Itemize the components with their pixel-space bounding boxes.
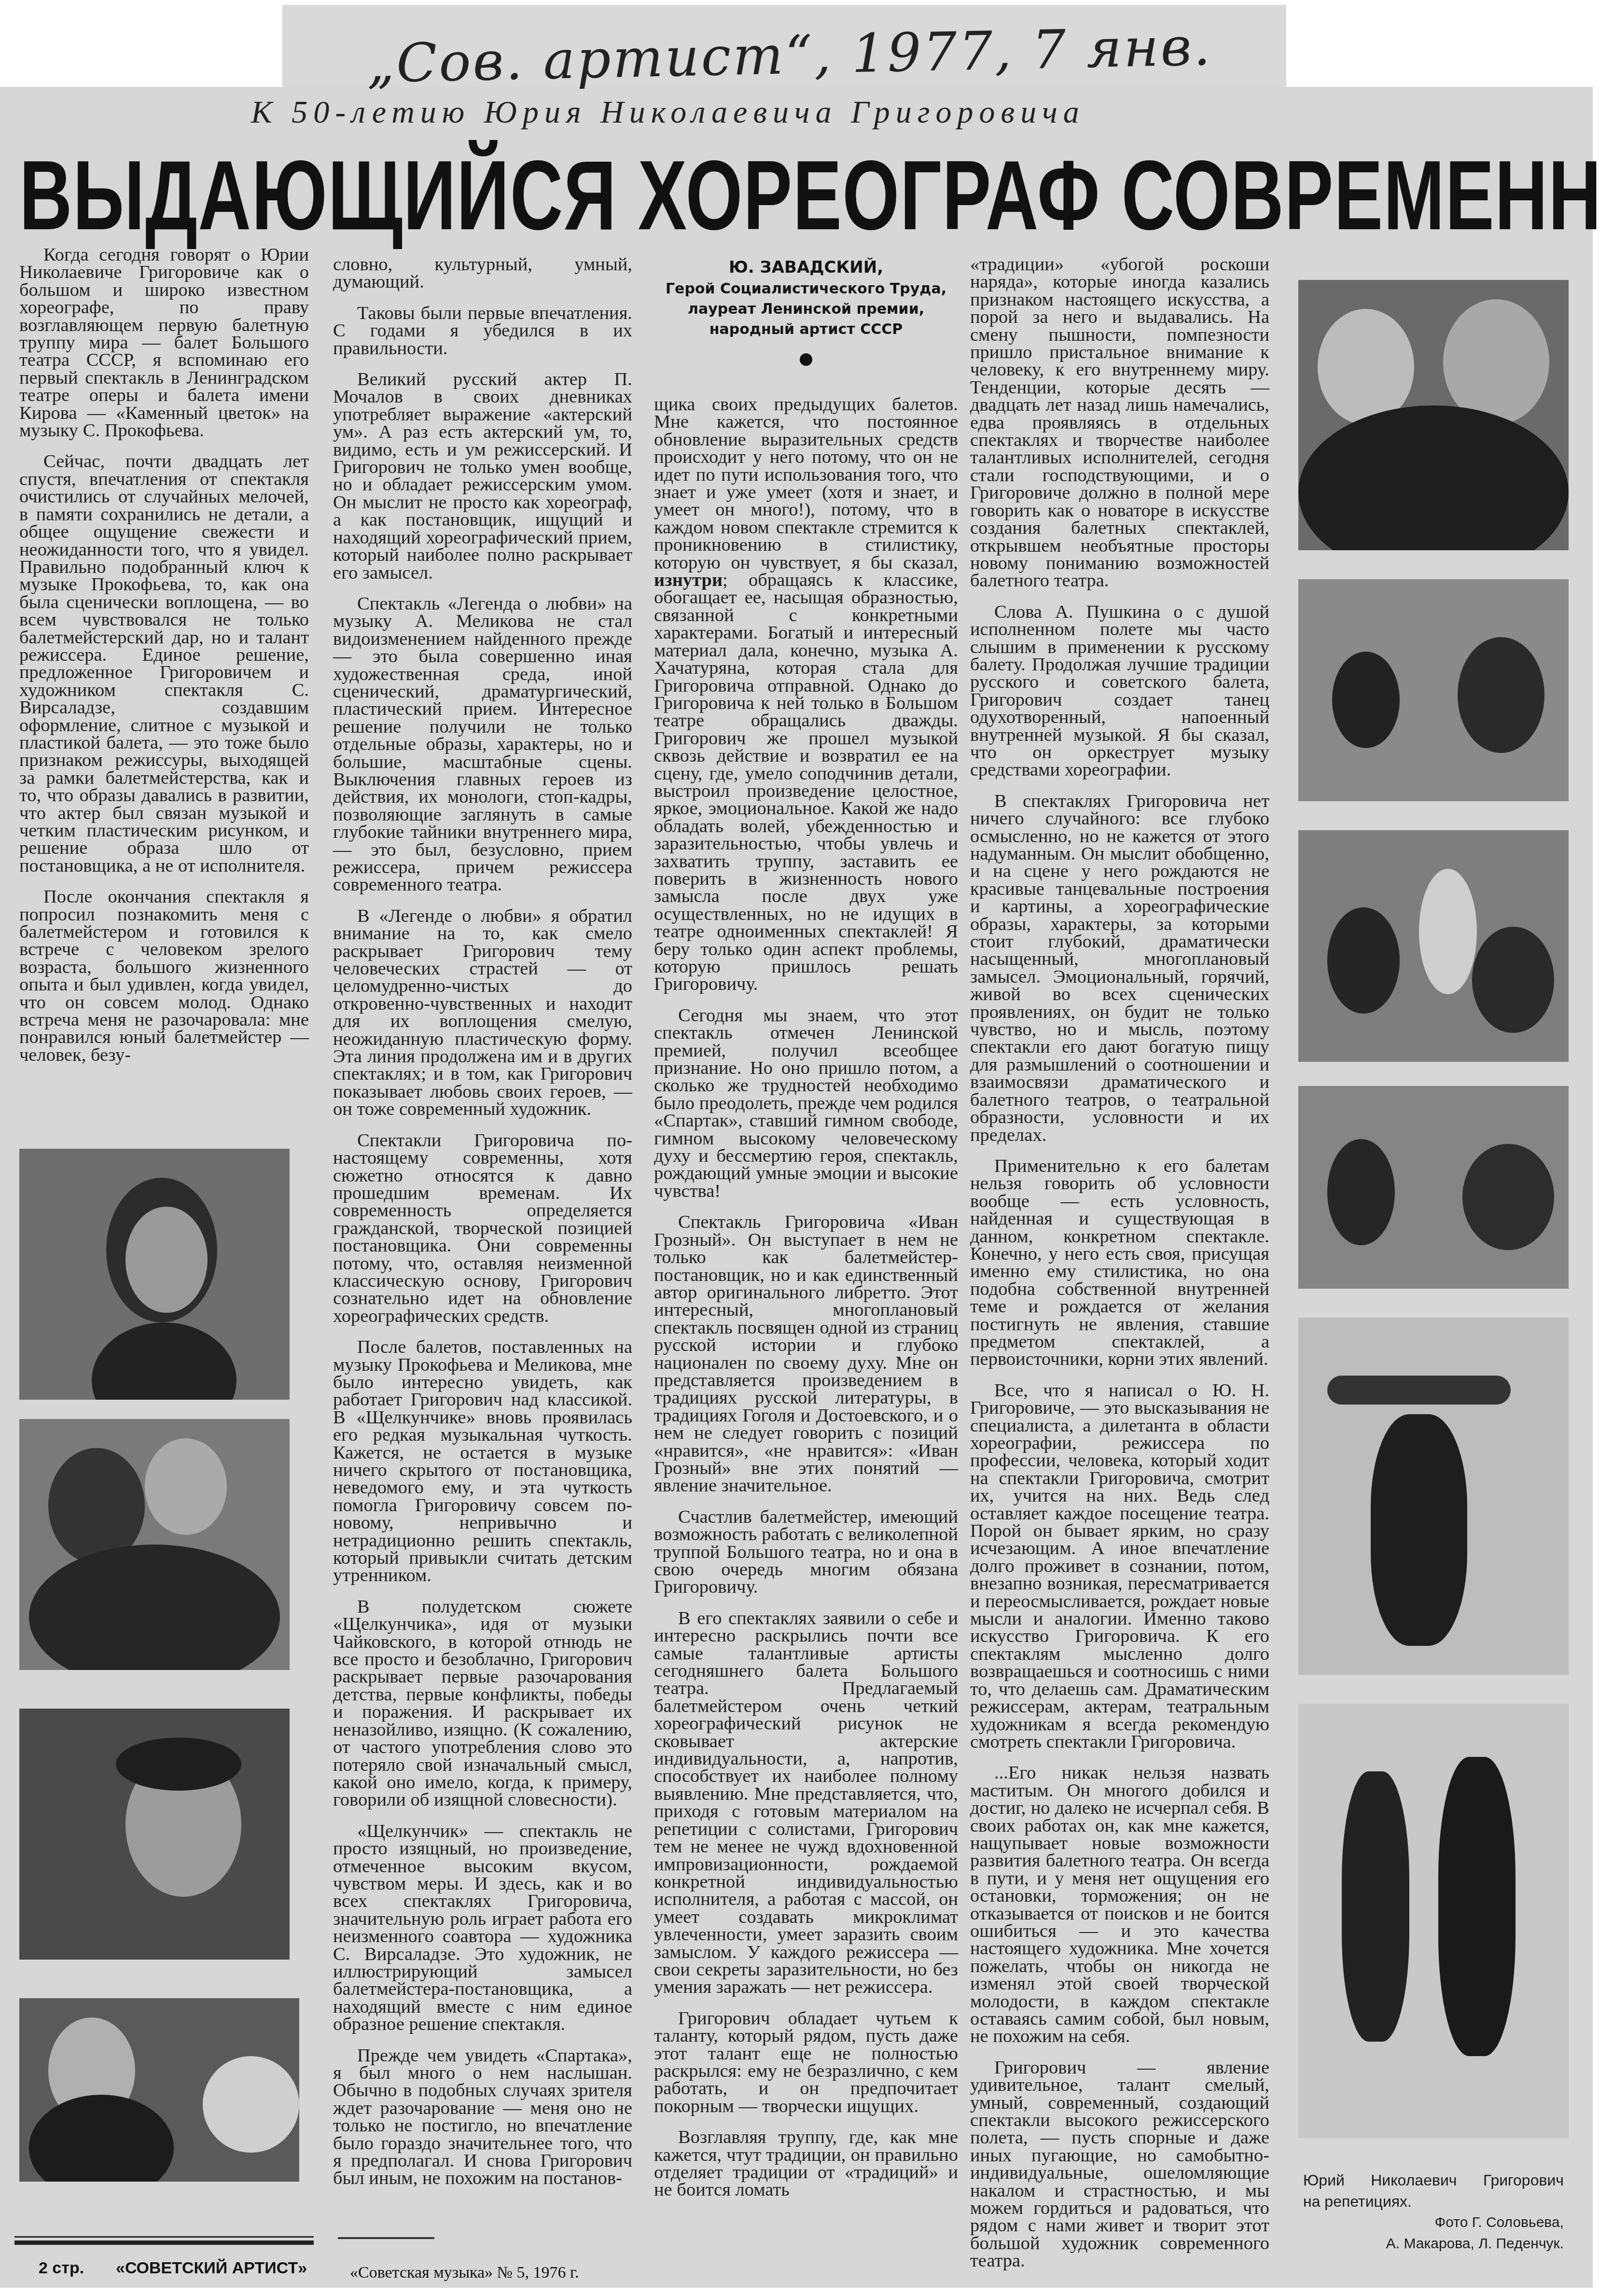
photo-stage-group bbox=[1298, 830, 1569, 1062]
article-paragraph: После окончания спектакля я попросил поз… bbox=[19, 888, 309, 1064]
photo-caption: Юрий Николаевич Григорович на репетициях… bbox=[1303, 2170, 1564, 2254]
photo-dancer-kneeling bbox=[1298, 1318, 1569, 1675]
photo-rehearsal-hall bbox=[1298, 1704, 1569, 2138]
photo-rehearsal-group bbox=[19, 1419, 290, 1670]
article-column-1: Когда сегодня говорят о Юрии Николаевиче… bbox=[19, 246, 309, 1077]
article-paragraph: Великий русский актер П. Мочалов в своих… bbox=[333, 371, 632, 582]
article-column-2: словно, культурный, умный, думающий.Тако… bbox=[333, 256, 632, 2201]
article-paragraph: Возглавляя труппу, где, как мне кажется,… bbox=[654, 2129, 958, 2199]
article-paragraph: словно, культурный, умный, думающий. bbox=[333, 256, 632, 291]
page-number: 2 стр. bbox=[39, 2259, 84, 2278]
newspaper-clipping: „Сов. артист“, 1977, 7 янв. К 50-летию Ю… bbox=[0, 0, 1599, 2296]
caption-line-2: на репетициях. bbox=[1303, 2191, 1564, 2212]
article-paragraph: Спектакль «Легенда о любви» на музыку А.… bbox=[333, 595, 632, 894]
article-paragraph: Григорович обладает чутьем к таланту, ко… bbox=[654, 2010, 958, 2115]
article-paragraph: Сейчас, почти двадцать лет спустя, впеча… bbox=[19, 453, 309, 875]
article-paragraph: Сегодня мы знаем, что этот спектакль отм… bbox=[654, 1007, 958, 1200]
article-paragraph: Когда сегодня говорят о Юрии Николаевиче… bbox=[19, 246, 309, 439]
footer-rule-thin bbox=[14, 2236, 314, 2238]
article-paragraph: Таковы были первые впечатления. С годами… bbox=[333, 305, 632, 357]
author-title-1: Герой Социалистического Труда, bbox=[649, 279, 963, 299]
article-paragraph: «Щелкунчик» — спектакль не просто изящны… bbox=[333, 1823, 632, 2033]
author-title-3: народный артист СССР bbox=[649, 320, 963, 340]
author-name: Ю. ЗАВАДСКИЙ, bbox=[649, 256, 963, 279]
article-paragraph: Слова А. Пушкина о с душой исполненном п… bbox=[970, 603, 1269, 779]
author-title-2: лауреат Ленинской премии, bbox=[649, 299, 963, 320]
footer-rule-thick bbox=[14, 2240, 314, 2245]
article-paragraph: ...Его никак нельзя назвать маститым. Он… bbox=[970, 1764, 1269, 2046]
reprint-source: «Советская музыка» № 5, 1976 г. bbox=[350, 2264, 579, 2282]
photo-stage-seated bbox=[1298, 579, 1569, 801]
article-paragraph: Все, что я написал о Ю. Н. Григоровиче, … bbox=[970, 1382, 1269, 1751]
photo-stage-dancers bbox=[1298, 1086, 1569, 1289]
article-paragraph: Спектакль Григоровича «Иван Грозный». Он… bbox=[654, 1213, 958, 1495]
article-paragraph: В полудетском сюжете «Щелкунчика», идя о… bbox=[333, 1598, 632, 1809]
article-column-4: «традиции» «убогой роскоши наряда», кото… bbox=[970, 256, 1269, 2283]
article-paragraph: Применительно к его балетам нельзя говор… bbox=[970, 1157, 1269, 1368]
article-paragraph: Григорович — явление удивительное, талан… bbox=[970, 2059, 1269, 2270]
article-paragraph: Счастлив балетмейстер, имеющий возможнос… bbox=[654, 1508, 958, 1596]
newspaper-name: «СОВЕТСКИЙ АРТИСТ» bbox=[116, 2259, 307, 2278]
caption-line-1: Юрий Николаевич Григорович bbox=[1303, 2170, 1564, 2191]
article-paragraph: щика своих предыдущих балетов. Мне кажет… bbox=[654, 396, 958, 993]
article-paragraph: «традиции» «убогой роскоши наряда», кото… bbox=[970, 256, 1269, 590]
photo-portrait-1 bbox=[19, 1149, 290, 1400]
photo-credit-1: Фото Г. Соловьева, bbox=[1303, 2212, 1564, 2233]
article-paragraph: После балетов, поставленных на музыку Пр… bbox=[333, 1338, 632, 1585]
article-paragraph: В его спектаклях заявили о себе и интере… bbox=[654, 1610, 958, 1996]
anniversary-kicker: К 50-летию Юрия Николаевича Григоровича bbox=[251, 94, 1085, 131]
source-separator-rule bbox=[338, 2237, 434, 2239]
author-byline: Ю. ЗАВАДСКИЙ, Герой Социалистического Тр… bbox=[649, 256, 963, 366]
photo-two-men bbox=[1298, 280, 1569, 550]
article-paragraph: В «Легенде о любви» я обратил внимание н… bbox=[333, 907, 632, 1118]
article-paragraph: Спектакли Григоровича по-настоящему совр… bbox=[333, 1132, 632, 1325]
emphasized-word: изнутри bbox=[654, 570, 723, 590]
photo-credit-2: А. Макарова, Л. Педенчук. bbox=[1303, 2233, 1564, 2254]
photo-rehearsal-couple bbox=[19, 1998, 299, 2182]
photo-portrait-2 bbox=[19, 1709, 290, 1960]
article-column-3: щика своих предыдущих балетов. Мне кажет… bbox=[654, 396, 958, 2213]
separator-dot bbox=[800, 353, 812, 366]
article-paragraph: В спектаклях Григоровича нет ничего случ… bbox=[970, 793, 1269, 1144]
headline: ВЫДАЮЩИЙСЯ ХОРЕОГРАФ СОВРЕМЕННОСТИ bbox=[19, 157, 1177, 234]
article-paragraph: Прежде чем увидеть «Спартака», я был мно… bbox=[333, 2047, 632, 2187]
